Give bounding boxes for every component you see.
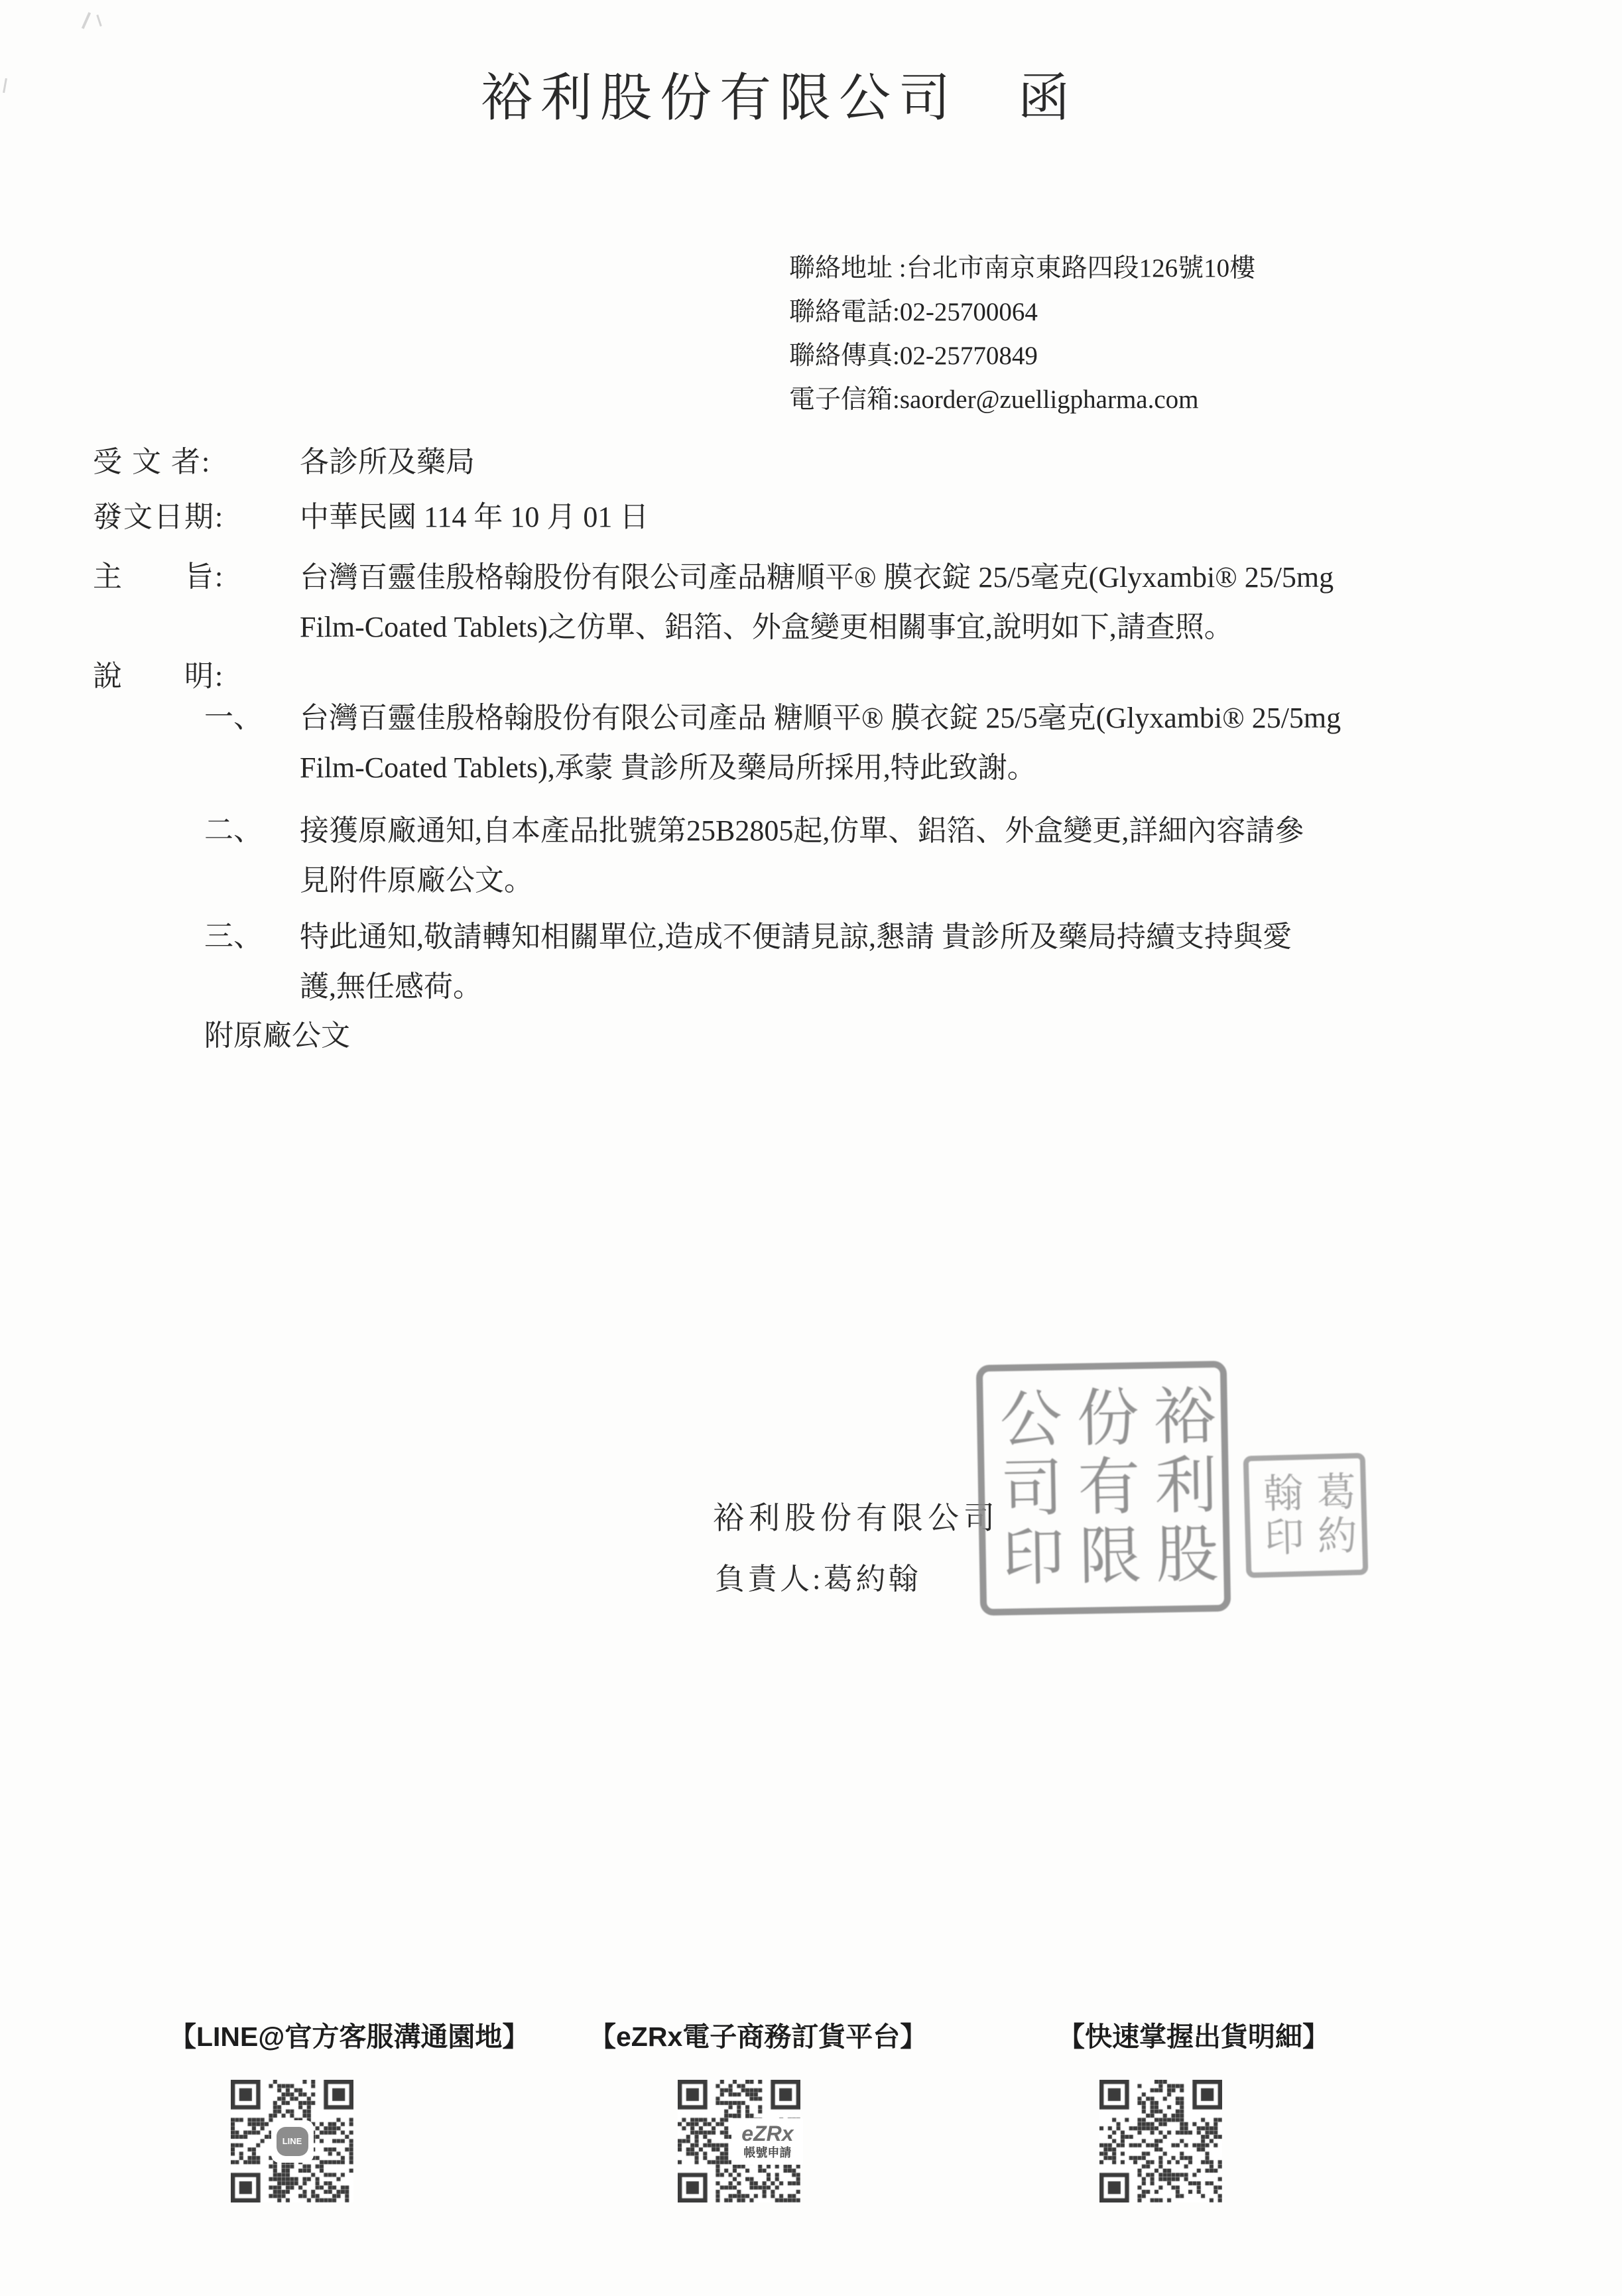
recipient-value: 各診所及藥局 [300,438,475,480]
footer-label-ezrx: 【eZRx電子商務訂貨平台】 [589,2015,927,2054]
item-3-line-2: 護,無任感荷。 [300,962,1420,1011]
item-2-number: 二、 [204,806,263,848]
footer-label-shipping: 【快速掌握出貨明細】 [1058,2015,1330,2054]
line-logo-icon: LINE [271,2120,314,2163]
document-title: 裕利股份有限公司 函 [0,56,1558,131]
explanation-label: 說 明: [93,652,224,694]
personal-seal-stamp: 葛約翰印 [1243,1453,1369,1578]
item-1-text: 台灣百靈佳殷格翰股份有限公司產品 糖順平® 膜衣錠 25/5毫克(Glyxamb… [300,693,1420,793]
subject-text: 台灣百靈佳殷格翰股份有限公司產品糖順平® 膜衣錠 25/5毫克(Glyxambi… [300,552,1420,652]
subject-line-1: 台灣百靈佳殷格翰股份有限公司產品糖順平® 膜衣錠 25/5毫克(Glyxambi… [300,552,1420,602]
qr-code-ezrx: eZRx 帳號申請 [678,2080,800,2202]
item-1-line-1: 台灣百靈佳殷格翰股份有限公司產品 糖順平® 膜衣錠 25/5毫克(Glyxamb… [300,693,1420,743]
line-logo-text: LINE [277,2127,308,2156]
scan-artifact [82,12,91,29]
recipient-label: 受 文 者: [93,438,211,480]
contact-fax: 聯絡傳真:02-25770849 [789,334,1255,378]
item-1-number: 一、 [204,693,263,735]
contact-address: 聯絡地址 :台北市南京東路四段126號10樓 [789,247,1255,290]
item-3-number: 三、 [204,912,263,954]
qr-code-line: LINE [231,2080,353,2202]
footer-label-line: 【LINE@官方客服溝通園地】 [169,2015,529,2054]
ezrx-logo-subtext: 帳號申請 [733,2145,802,2161]
scan-artifact [96,15,101,27]
contact-block: 聯絡地址 :台北市南京東路四段126號10樓 聯絡電話:02-25700064 … [789,247,1255,422]
date-label: 發文日期: [93,493,224,535]
signature-company-name: 裕利股份有限公司 [713,1494,999,1538]
item-1-line-2: Film-Coated Tablets),承蒙 貴診所及藥局所採用,特此致謝。 [300,743,1420,793]
date-value: 中華民國 114 年 10 月 01 日 [300,493,649,535]
contact-phone: 聯絡電話:02-25700064 [789,290,1255,334]
scanned-letter-page: 裕利股份有限公司 函 聯絡地址 :台北市南京東路四段126號10樓 聯絡電話:0… [0,0,1622,2296]
item-3-text: 特此通知,敬請轉知相關單位,造成不便請見諒,懇請 貴診所及藥局持續支持與愛 護,… [300,912,1420,1011]
item-2-line-1: 接獲原廠通知,自本產品批號第25B2805起,仿單、鋁箔、外盒變更,詳細內容請參 [300,806,1420,856]
item-2-text: 接獲原廠通知,自本產品批號第25B2805起,仿單、鋁箔、外盒變更,詳細內容請參… [300,806,1420,905]
attachment-note: 附原廠公文 [204,1011,350,1054]
ezrx-logo-icon: eZRx 帳號申請 [731,2118,803,2165]
qr-code-shipping [1099,2080,1222,2202]
qr-pattern [1099,2080,1222,2202]
item-3-line-1: 特此通知,敬請轉知相關單位,造成不便請見諒,懇請 貴診所及藥局持續支持與愛 [300,912,1420,962]
signature-responsible-person: 負責人:葛約翰 [715,1555,921,1598]
ezrx-logo-text: eZRx [733,2122,802,2145]
subject-label: 主 旨: [93,552,224,595]
item-2-line-2: 見附件原廠公文。 [300,856,1420,905]
contact-email: 電子信箱:saorder@zuelligpharma.com [789,378,1255,422]
subject-line-2: Film-Coated Tablets)之仿單、鋁箔、外盒變更相關事宜,說明如下… [300,602,1420,652]
company-seal-stamp: 裕利股份有限公司印 [976,1361,1231,1616]
